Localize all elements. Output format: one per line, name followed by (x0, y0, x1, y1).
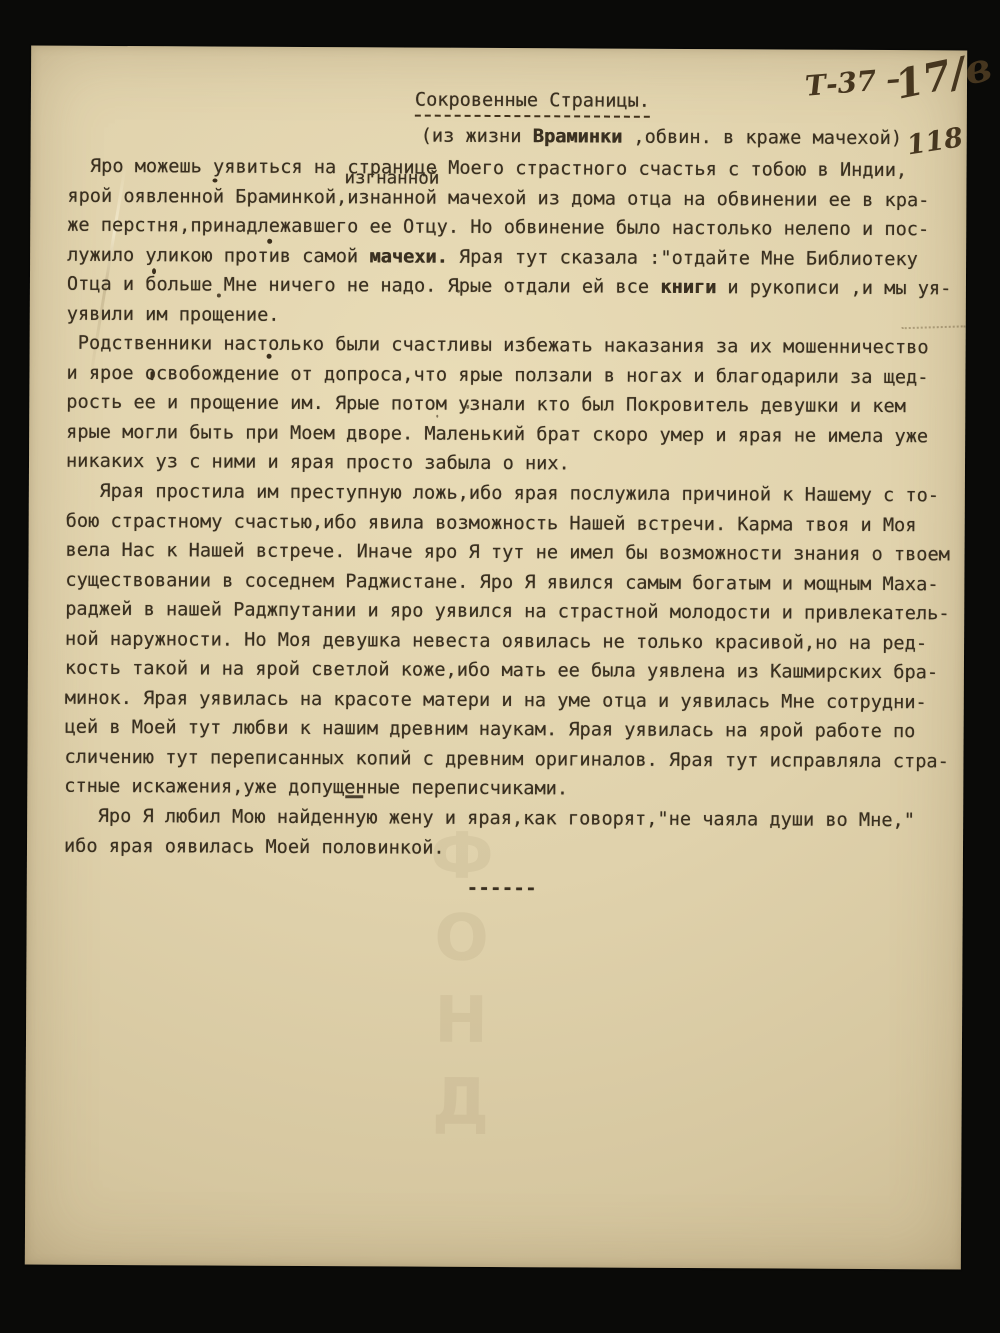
text-segment: бою страстному счастью,ибо явила возможн… (66, 510, 917, 535)
typewritten-line: бою страстному счастью,ибо явила возможн… (66, 510, 951, 544)
typewritten-line: существовании в соседнем Раджистане. Яро… (65, 569, 950, 603)
document-title: Сокровенные Страницы. (415, 90, 650, 118)
typewritten-line: никаких уз с ними и ярая просто забыла о… (66, 451, 951, 485)
text-segment: (из жизни (421, 126, 533, 148)
typewritten-line: сличению тут переписанных копий с древни… (64, 747, 949, 781)
text-segment: рость ее и прощение им. Ярые потом узнал… (66, 392, 906, 417)
typewritten-line: Яро можешь уявиться на странице Моего ст… (67, 156, 952, 190)
typewritten-line: Родственники настолько были счастливы из… (67, 333, 952, 367)
text-segment: стные искажения,уже допущенные переписчи… (64, 776, 568, 800)
handwritten-page-number: 118 (905, 122, 965, 161)
handwritten-catalog-number: Т-37 – (804, 62, 902, 103)
typewritten-body: Яро можешь уявиться на странице Моего ст… (64, 156, 952, 870)
typewritten-line: Отца и больше Мне ничего не надо. Ярые о… (67, 274, 952, 308)
typewritten-line: и ярое освобождение от допроса,что ярые … (66, 363, 951, 397)
document-page: ФОНД Т-37 – 17/в 118 Сокровенные Страниц… (25, 46, 967, 1270)
typewritten-line: раджей в нашей Раджпутании и яро уявился… (65, 599, 950, 633)
typewritten-line: ярые могли быть при Моем дворе. Маленьки… (66, 422, 951, 456)
text-segment: существовании в соседнем Раджистане. Яро… (65, 569, 938, 595)
text-segment: сличению тут переписанных копий с древни… (64, 747, 948, 773)
scan-background: ФОНД Т-37 – 17/в 118 Сокровенные Страниц… (0, 0, 1000, 1333)
typewritten-line: цей в Моей тут любви к нашим древним нау… (65, 717, 950, 751)
typewritten-line: Ярая простила им преступную ложь,ибо яра… (66, 481, 951, 515)
text-segment: Родственники настолько были счастливы из… (67, 333, 929, 359)
overstruck-word: мачехи. (369, 246, 447, 267)
document-subtitle: (из жизни Враминки ,обвин. в краже мачех… (421, 126, 902, 150)
handwritten-folio-number: 17/в (891, 43, 995, 109)
typewritten-line: лужило уликою против самой мачехи. Ярая … (67, 244, 952, 278)
end-divider: ------ (467, 878, 537, 899)
text-segment: Отца и больше Мне ничего не надо. Ярые о… (67, 274, 660, 298)
text-segment: ,обвин. в краже мачехой) (622, 127, 902, 149)
text-segment: ярые могли быть при Моем дворе. Маленьки… (66, 422, 928, 448)
typewritten-line: ярой оявленной Браминкой,изнанной мачехо… (67, 185, 952, 219)
paper-watermark: ФОНД (423, 820, 499, 1148)
text-segment: никаких уз с ними и ярая просто забыла о… (66, 451, 570, 475)
underline-mark (345, 795, 363, 798)
overstruck-word: Враминки (533, 126, 623, 147)
typewritten-line: Яро Я любил Мою найденную жену и ярая,ка… (64, 806, 949, 840)
text-segment: уявили им прощение. (67, 303, 280, 325)
text-segment: же перстня,принадлежавшего ее Отцу. Но о… (67, 215, 929, 241)
typewritten-line: же перстня,принадлежавшего ее Отцу. Но о… (67, 215, 952, 249)
typewritten-line: ибо ярая оявилась Моей половинкой. (64, 835, 949, 869)
text-segment: и рукописи ,и мы уя- (716, 277, 951, 299)
typewritten-line: стные искажения,уже допущенные переписчи… (64, 776, 949, 810)
text-segment: Яро можешь уявиться на странице Моего ст… (68, 156, 908, 181)
text-segment: раджей в нашей Раджпутании и яро уявился… (65, 599, 949, 625)
typewritten-line: кость такой и на ярой светлой коже,ибо м… (65, 658, 950, 692)
typewritten-line: вела Нас к Нашей встрече. Иначе яро Я ту… (65, 540, 950, 574)
overstruck-word: книги (660, 277, 716, 298)
text-segment: вела Нас к Нашей встрече. Иначе яро Я ту… (66, 540, 950, 566)
text-segment: и ярое освобождение от допроса,что ярые … (66, 363, 928, 389)
text-segment: лужило уликою против самой (67, 244, 369, 267)
text-segment: ярой оявленной Браминкой,изнанной мачехо… (67, 185, 929, 211)
typewritten-line: уявили им прощение. (67, 303, 952, 337)
text-segment: кость такой и на ярой светлой коже,ибо м… (65, 658, 938, 684)
text-segment: цей в Моей тут любви к нашим древним нау… (65, 717, 916, 742)
text-segment: Яро Я любил Мою найденную жену и ярая,ка… (64, 806, 915, 831)
text-segment: Ярая тут сказала :"отдайте Мне Библиотек… (448, 246, 918, 269)
text-segment: ибо ярая оявилась Моей половинкой. (64, 835, 445, 858)
text-segment: минок. Ярая уявилась на красоте матери и… (65, 688, 927, 714)
text-segment: ной наружности. Но Моя девушка невеста о… (65, 628, 927, 654)
typewritten-line: рость ее и прощение им. Ярые потом узнал… (66, 392, 951, 426)
text-segment: Ярая простила им преступную ложь,ибо яра… (66, 481, 939, 507)
